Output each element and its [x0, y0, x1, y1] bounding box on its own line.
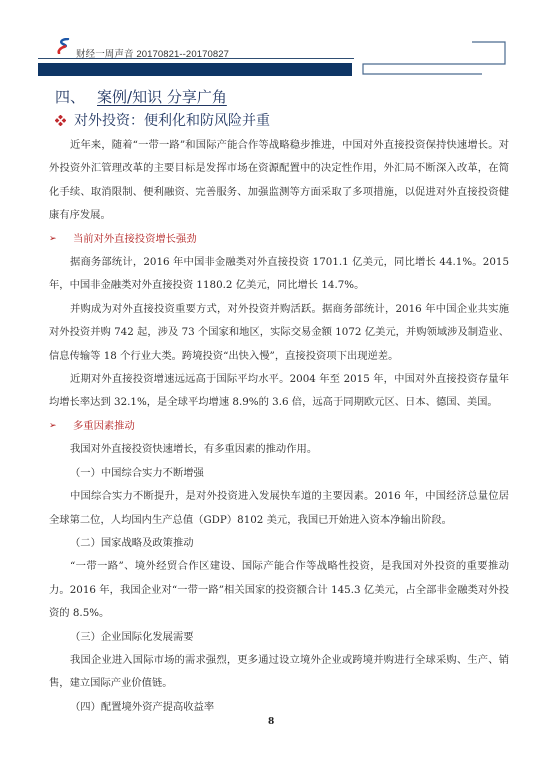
- subheading-4: （四）配置境外资产提高收益率: [49, 696, 509, 719]
- paragraph-4: 我国对外直接投资快速增长，有多重因素的推动作用。: [49, 438, 509, 461]
- document-page: 财经一周声音 20170821--20170827 四、案例/知识 分享广角 对…: [0, 0, 543, 768]
- section-title: 四、案例/知识 分享广角: [55, 86, 227, 107]
- subheading-3: （三）企业国际化发展需要: [49, 626, 509, 649]
- subsection-title: 对外投资：便利化和防风险并重: [55, 110, 270, 130]
- paragraph-2: 并购成为对外直接投资重要方式，对外投资并购活跃。据商务部统计，2016 年中国企…: [49, 298, 509, 368]
- swoosh-logo-icon: [57, 38, 71, 54]
- paragraph-intro: 近年来，随着“一带一路”和国际产能合作等战略稳步推进，中国对外直接投资保持快速增…: [49, 134, 509, 228]
- paragraph-5: 中国综合实力不断提升，是对外投资进入发展快车道的主要因素。2016 年，中国经济…: [49, 485, 509, 532]
- diamond-bullet-icon: [55, 115, 66, 126]
- subsection-title-text: 对外投资：便利化和防风险并重: [74, 110, 270, 130]
- paragraph-7: 我国企业进入国际市场的需求强烈，更多通过设立境外企业或跨境并购进行全球采购、生产…: [49, 649, 509, 696]
- heading-growth: ➢ 当前对外直接投资增长强劲: [49, 228, 509, 251]
- header-bracket-decoration: [360, 40, 510, 80]
- article-body: 近年来，随着“一带一路”和国际产能合作等战略稳步推进，中国对外直接投资保持快速增…: [49, 134, 509, 719]
- paragraph-1: 据商务部统计，2016 年中国非金融类对外直接投资 1701.1 亿美元，同比增…: [49, 251, 509, 298]
- heading-growth-text: 当前对外直接投资增长强劲: [73, 228, 197, 251]
- section-number: 四、: [55, 88, 85, 106]
- paragraph-3: 近期对外直接投资增速远远高于国际平均水平。2004 年至 2015 年，中国对外…: [49, 368, 509, 415]
- subheading-2: （二）国家战略及政策推动: [49, 532, 509, 555]
- subheading-1: （一）中国综合实力不断增强: [49, 462, 509, 485]
- arrow-bullet-icon: ➢: [49, 415, 59, 438]
- arrow-bullet-icon: ➢: [49, 228, 59, 251]
- heading-factors: ➢ 多重因素推动: [49, 415, 509, 438]
- page-number: 8: [268, 717, 274, 727]
- header-bar: [38, 63, 352, 76]
- paragraph-6: “一带一路”、境外经贸合作区建设、国际产能合作等战略性投资，是我国对外投资的重要…: [49, 555, 509, 625]
- heading-factors-text: 多重因素推动: [73, 415, 135, 438]
- header-rule: [38, 58, 354, 59]
- section-title-text: 案例/知识 分享广角: [97, 88, 227, 106]
